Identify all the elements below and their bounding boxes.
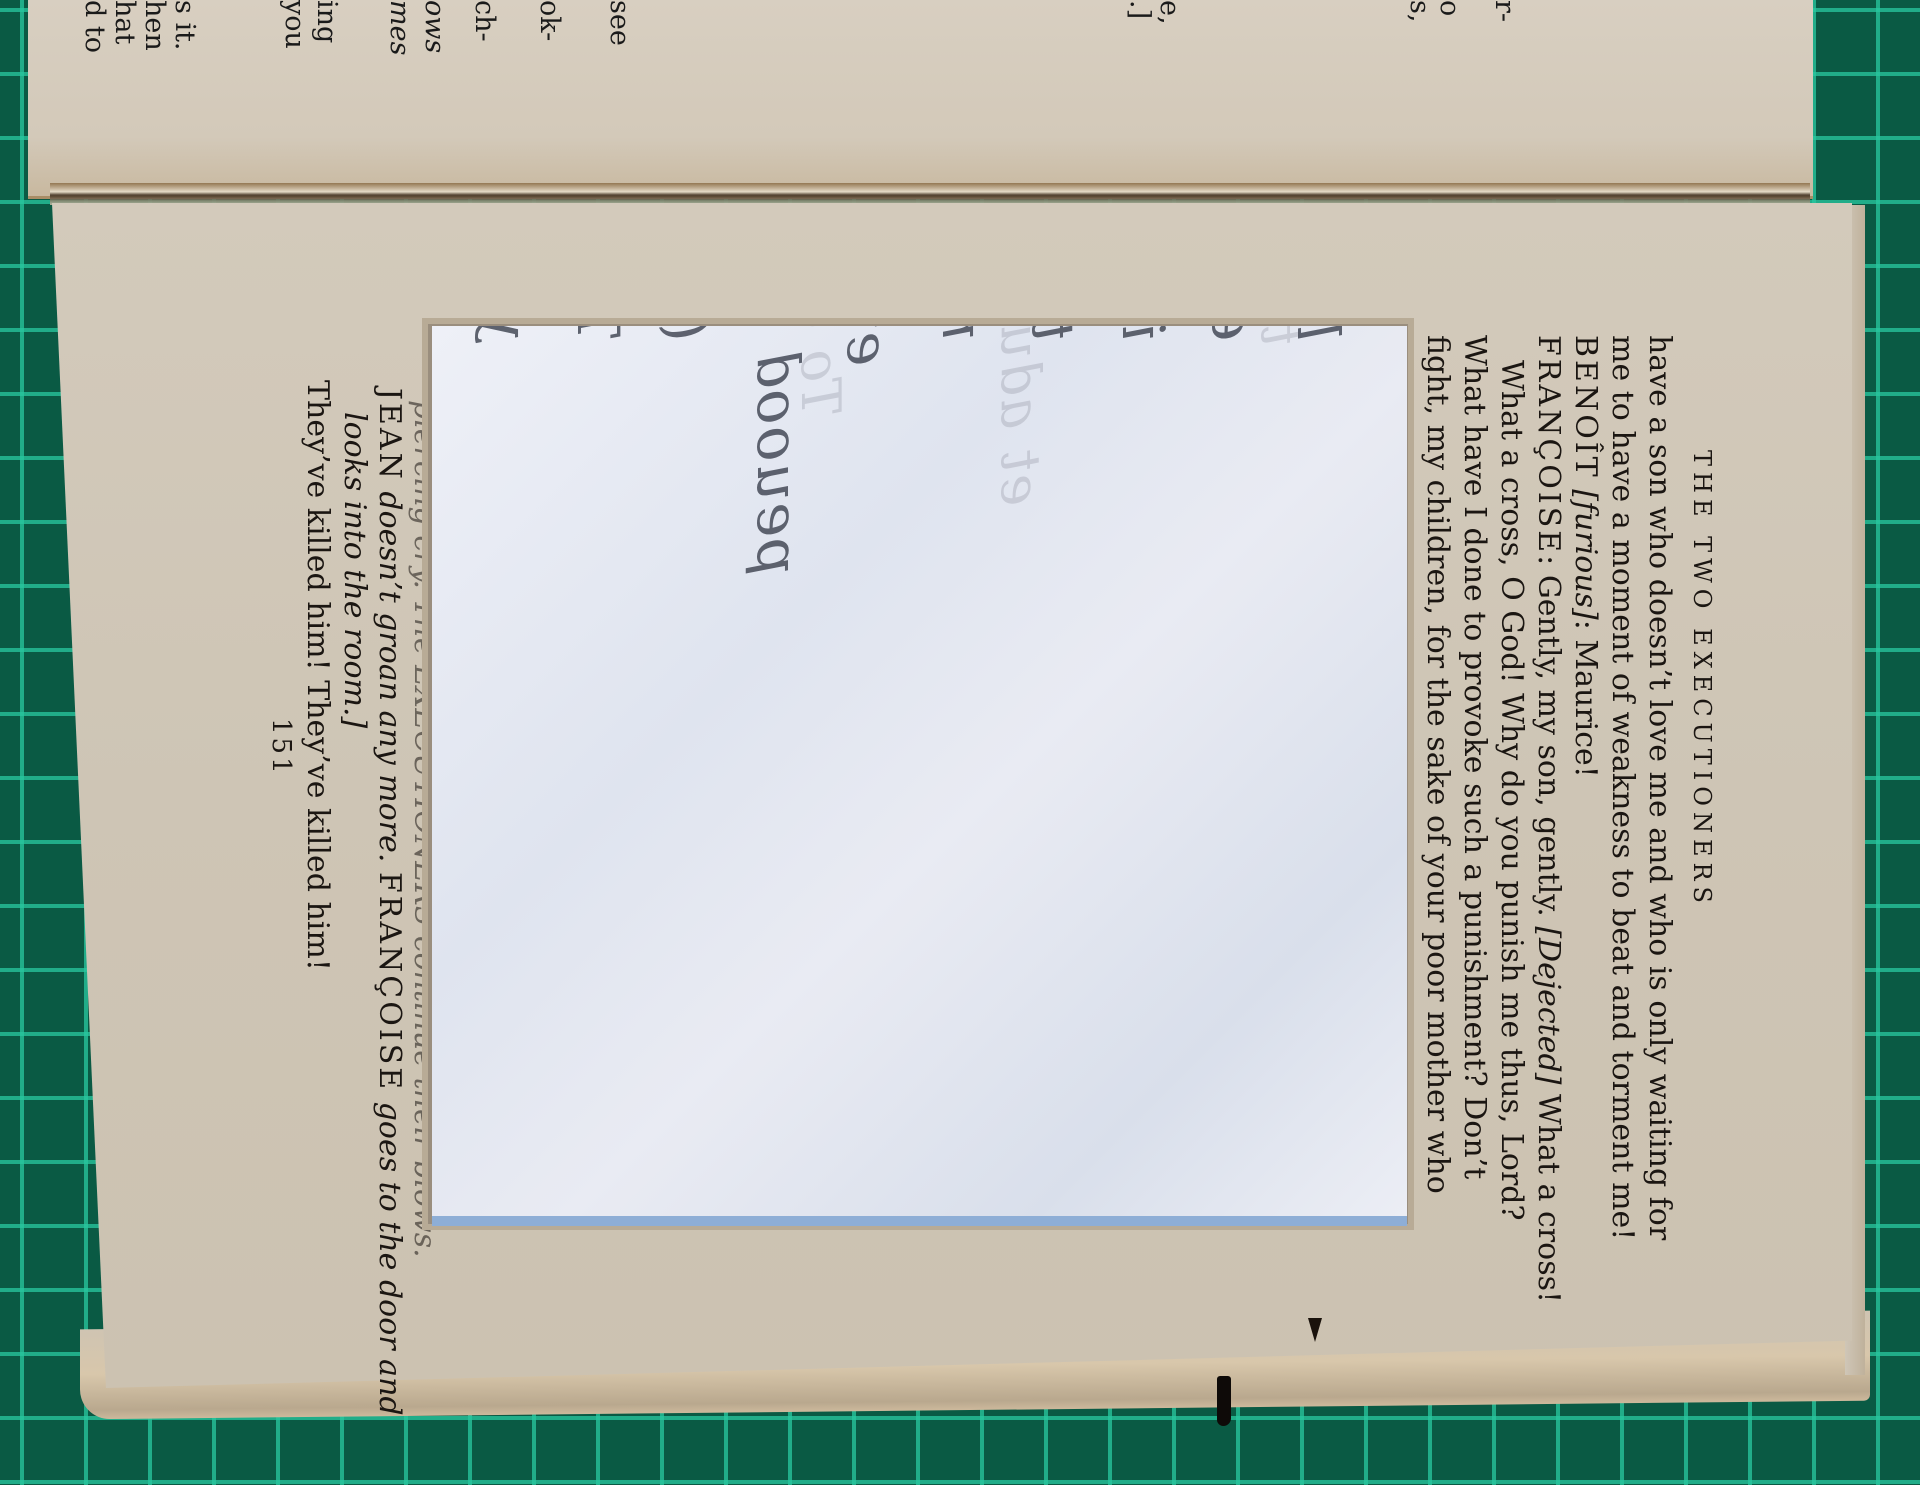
- handwritten-line: longbotsa (ltfopeuolloq: [1284, 326, 1352, 341]
- text-line: me to have a moment of weakness to beat …: [1603, 335, 1641, 1240]
- text-line: have a son who doesn’t love me and who i…: [1640, 335, 1678, 1240]
- text-line: They’ve killed him! They’ve killed him!: [298, 380, 336, 971]
- speaker-name: BENOÎT: [1568, 335, 1603, 480]
- text-line: What a cross, O God! Why do you punish m…: [1492, 360, 1530, 1221]
- dialogue: : Gently, my son, gently.: [1531, 555, 1566, 917]
- upper-page-fragment: e,: [1153, 0, 1185, 25]
- handwritten-line: tallt laua peuod tavoa: [1019, 326, 1087, 341]
- dialogue: What a cross!: [1531, 1094, 1566, 1303]
- handwritten-note: tallt laua peuod tavoa et aduc ou uie ss…: [432, 326, 1407, 1226]
- upper-page-fragment: mes: [383, 0, 415, 55]
- upper-page-fragment: ing: [310, 0, 342, 43]
- dialogue: : Maurice!: [1568, 620, 1603, 778]
- upper-page-fragment: o: [1433, 0, 1465, 16]
- upper-page-fragment: hen: [138, 0, 170, 51]
- upper-page-fragment: see: [603, 0, 635, 46]
- handwritten-line: m Cui goal. at twatugui: [929, 326, 997, 341]
- stage-direction: goes to the door and: [372, 1102, 407, 1416]
- torn-spine-edge: [50, 183, 1810, 205]
- upper-page-fragment: hat: [108, 0, 140, 44]
- ink-mark: [1217, 1376, 1231, 1426]
- upper-page-fragment: ows: [418, 0, 450, 53]
- upper-page-fragment: .]: [1123, 0, 1155, 19]
- handwritten-line: et faspuf. dsuibak sjol: [1199, 326, 1267, 341]
- upper-page-fragment: you: [278, 0, 310, 49]
- stage-direction: [furious]: [1568, 489, 1603, 620]
- page-number: 151: [262, 718, 300, 777]
- text-line: looks into the room.]: [335, 412, 373, 728]
- running-head: THE TWO EXECUTIONERS: [1683, 450, 1721, 909]
- handwritten-line: (bauoteuoui suf pteuolic): [654, 326, 722, 341]
- handwritten-line: et aduc ou uie ssuf: [834, 326, 902, 366]
- upper-page-fragment: d to: [78, 0, 110, 53]
- text-line: BENOÎT [furious]: Maurice!: [1566, 335, 1604, 778]
- text-line: JEAN doesn’t groan any more. FRANÇOISE g…: [370, 388, 408, 1416]
- upper-page-fragment: s it.: [168, 0, 200, 51]
- page-nick-mark: [1308, 1318, 1322, 1342]
- handwritten-line: To oue good atta, te, tuorudu: [564, 326, 632, 341]
- stage-direction: [Dejected]: [1531, 926, 1566, 1084]
- upper-page-fragment: r-: [1488, 0, 1520, 22]
- upper-page-fragment: s,: [1403, 0, 1435, 22]
- speaker-name: JEAN: [372, 388, 407, 482]
- handwritten-line: peuood uuo et: [744, 326, 812, 576]
- handwritten-line: y cauld Mu sala ( uroaud: [474, 326, 542, 341]
- upper-page-fragment: ch-: [468, 0, 500, 42]
- speaker-name: FRANÇOISE: [1531, 335, 1566, 555]
- upper-book-page: d to hat hen s it. you ing mes ows ch- o…: [28, 0, 1813, 196]
- handwritten-line: i talea Cu tai peuood: [1109, 326, 1177, 341]
- upper-page-fragment: ok-: [533, 0, 565, 41]
- ghost-writing: et aduc ou uie ssuf: [989, 326, 1052, 506]
- text-line: What have I done to provoke such a punis…: [1455, 335, 1493, 1179]
- text-line: FRANÇOISE: Gently, my son, gently. [Deje…: [1529, 335, 1567, 1303]
- speaker-name: FRANÇOISE: [372, 872, 407, 1092]
- stage-direction: doesn’t groan any more.: [372, 491, 407, 862]
- text-line: fight, my children, for the sake of your…: [1418, 335, 1456, 1194]
